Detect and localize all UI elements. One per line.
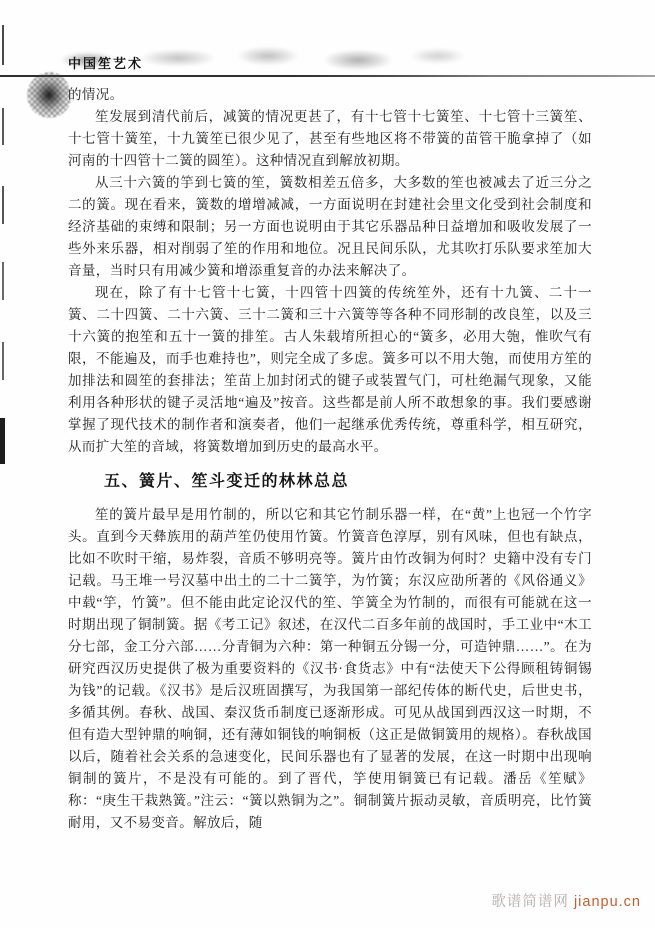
body-paragraph: 笙的簧片最早是用竹制的，所以它和其它竹制乐器一样，在“黄”上也冠一个竹字头。直到… [68,504,592,834]
scan-edge-mark [2,342,4,380]
scan-edge-mark [2,108,4,145]
scan-edge-mark [2,262,4,300]
watermark: 歌谱简谱网 jianpu.cn [491,890,641,911]
section-heading: 五、簧片、笙斗变迁的林林总总 [104,471,592,493]
running-header-title: 中国笙艺术 [68,53,143,72]
page-number-ink-smudge [27,72,71,118]
watermark-site-name: 歌谱简谱网 [491,894,569,910]
body-paragraph: 笙发展到清代前后，减簧的情况更甚了，有十七管十七簧笙、十七管十三簧笙、十七管十簧… [68,106,592,172]
scan-edge-mark [2,186,4,224]
header-divider-rule [0,75,655,77]
page-body: 的情况。笙发展到清代前后，减簧的情况更甚了，有十七管十七簧笙、十七管十三簧笙、十… [68,84,592,834]
body-paragraph: 现在，除了有十七管十七簧，十四管十四簧的传统笙外，还有十九簧、二十一簧、二十四簧… [68,282,592,458]
scan-edge-bar [0,418,5,464]
book-page: 中国笙艺术 的情况。笙发展到清代前后，减簧的情况更甚了，有十七管十七簧笙、十七管… [0,0,655,928]
body-paragraph: 从三十六簧的竽到七簧的笙，簧数相差五倍多，大多数的笙也被减去了近三分之二的簧。现… [68,172,592,282]
body-paragraph: 的情况。 [68,84,592,106]
scan-edge-mark [2,25,4,65]
watermark-site-url: jianpu.cn [574,894,641,910]
